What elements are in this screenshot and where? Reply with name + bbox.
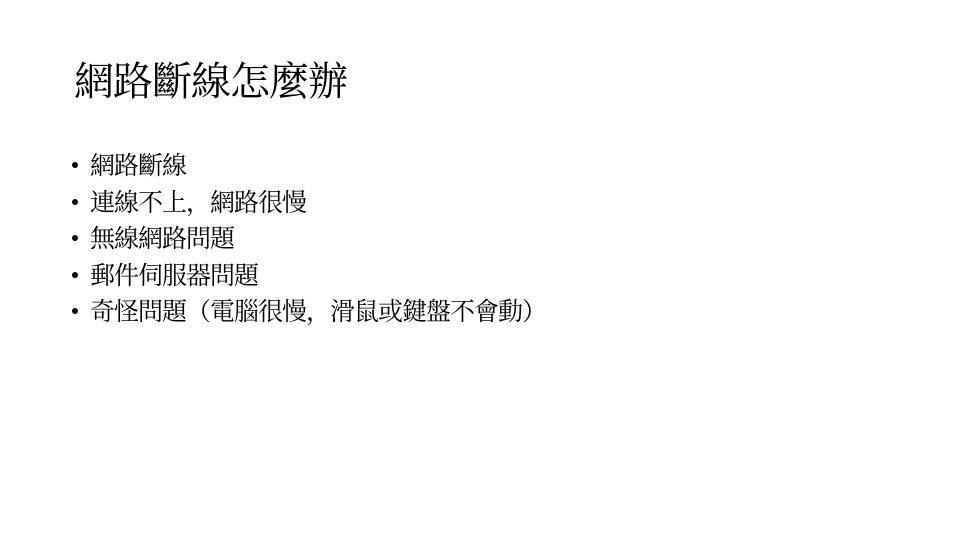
- bullet-item: 網路斷線: [72, 146, 546, 183]
- bullet-dot-icon: [72, 308, 78, 314]
- bullet-dot-icon: [72, 235, 78, 241]
- bullet-item: 奇怪問題（電腦很慢，滑鼠或鍵盤不會動）: [72, 292, 546, 329]
- bullet-text: 連線不上，網路很慢: [90, 183, 306, 219]
- bullet-dot-icon: [72, 199, 78, 205]
- bullet-dot-icon: [72, 272, 78, 278]
- bullet-dot-icon: [72, 162, 78, 168]
- bullet-item: 郵件伺服器問題: [72, 256, 546, 293]
- bullet-item: 無線網路問題: [72, 219, 546, 256]
- bullet-text: 奇怪問題（電腦很慢，滑鼠或鍵盤不會動）: [90, 292, 546, 328]
- bullet-item: 連線不上，網路很慢: [72, 183, 546, 220]
- bullet-list: 網路斷線 連線不上，網路很慢 無線網路問題 郵件伺服器問題 奇怪問題（電腦很慢，…: [72, 146, 546, 329]
- bullet-text: 郵件伺服器問題: [90, 256, 258, 292]
- bullet-text: 無線網路問題: [90, 219, 234, 255]
- bullet-text: 網路斷線: [90, 146, 186, 182]
- slide-title: 網路斷線怎麼辦: [74, 56, 347, 108]
- slide: 網路斷線怎麼辦 網路斷線 連線不上，網路很慢 無線網路問題 郵件伺服器問題 奇怪…: [0, 0, 960, 540]
